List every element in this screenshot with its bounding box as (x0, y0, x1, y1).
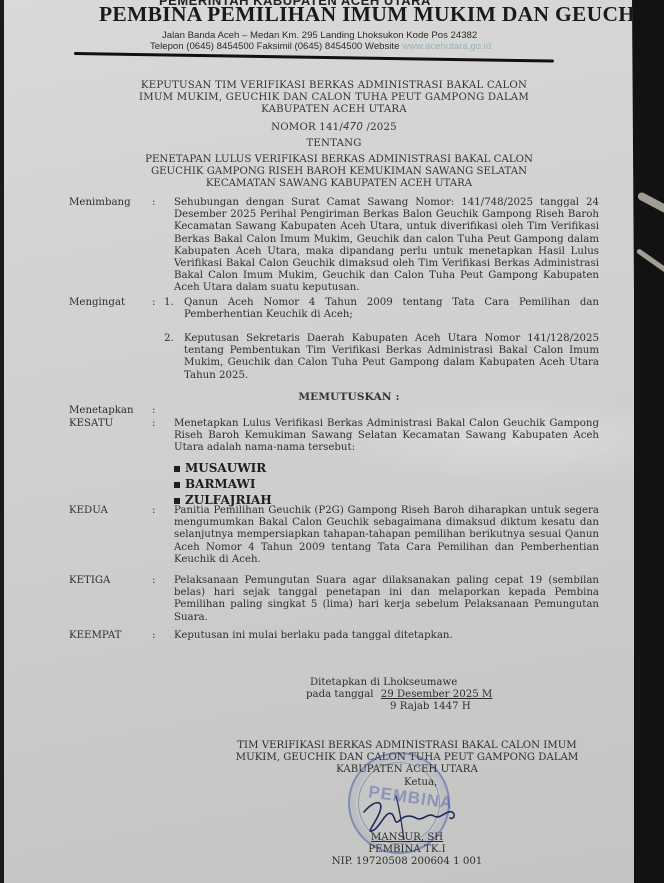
letterhead-contact: Telepon (0645) 8454500 Faksimil (0645) 8… (150, 41, 491, 52)
date-masehi: 29 Desember 2025 M (381, 689, 493, 700)
bullet-square-icon (174, 482, 180, 488)
candidate-name: BARMAWI (174, 476, 272, 492)
candidate-name-text: BARMAWI (185, 477, 256, 491)
mengingat-item-1: Qanun Aceh Nomor 4 Tahun 2009 tentang Ta… (184, 297, 599, 321)
contact-text: Telepon (0645) 8454500 Faksimil (0645) 8… (150, 41, 399, 52)
decree-subject: PENETAPAN LULUS VERIFIKASI BERKAS ADMINI… (109, 154, 569, 190)
kedua-text: Panitia Pemilihan Geuchik (P2G) Gampong … (174, 505, 599, 566)
decree-number: NOMOR 141/470 /2025 (124, 122, 544, 134)
nomor-handwritten: 470 (343, 122, 363, 133)
letterhead-title: PEMBINA PEMILIHAN IMUM MUKIM DAN GEUCHIK (99, 2, 634, 27)
nomor-prefix: NOMOR 141/ (271, 122, 343, 133)
place-label: Ditetapkan di Lhokseumawe (306, 677, 492, 689)
candidate-name-text: MUSAUWIR (185, 461, 266, 475)
colon: : (152, 505, 155, 517)
signatory-nip: NIP. 19720508 200604 1 001 (232, 856, 582, 868)
mengingat-label: Mengingat (69, 297, 125, 309)
item-number: 2. (164, 333, 174, 345)
document-paper: PEMERINTAH KABUPATEN ACEH UTARA PEMBINA … (4, 0, 634, 883)
heading-line: KEPUTUSAN TIM VERIFIKASI BERKAS ADMINIST… (124, 80, 544, 92)
colon: : (152, 405, 155, 417)
colon: : (152, 418, 155, 430)
signatory-rank: PEMBINA TK.I (232, 844, 582, 856)
subject-line: KECAMATAN SAWANG KABUPATEN ACEH UTARA (109, 178, 569, 190)
menetapkan-label: Menetapkan (69, 405, 134, 417)
colon: : (152, 575, 155, 587)
background-edge (0, 0, 4, 883)
signatory-org-line: KABUPATEN ACEH UTARA (232, 764, 582, 776)
colon: : (152, 297, 155, 309)
tentang-label: TENTANG (124, 138, 544, 150)
signatory-identity: MANSUR, SH PEMBINA TK.I NIP. 19720508 20… (232, 832, 582, 868)
candidate-name: MUSAUWIR (174, 460, 272, 476)
penetapan-block: Ditetapkan di Lhokseumawe pada tanggal 2… (306, 677, 492, 713)
signatory-name: MANSUR, SH (232, 832, 582, 844)
memutuskan-heading: MEMUTUSKAN : (139, 391, 559, 403)
mengingat-item-2: Keputusan Sekretaris Daerah Kabupaten Ac… (184, 333, 599, 382)
bullet-square-icon (174, 466, 180, 472)
date-hijri: 9 Rajab 1447 H (306, 701, 492, 713)
signatory-org-line: MUKIM, GEUCHIK DAN CALON TUHA PEUT GAMPO… (232, 752, 582, 764)
keempat-text: Keputusan ini mulai berlaku pada tanggal… (174, 630, 599, 642)
ketiga-label: KETIGA (69, 575, 110, 587)
ketiga-text: Pelaksanaan Pemungutan Suara agar dilaks… (174, 575, 599, 624)
heading-line: IMUM MUKIM, GEUCHIK DAN CALON TUHA PEUT … (124, 92, 544, 104)
nomor-suffix: /2025 (363, 122, 397, 133)
signatory-org-line: TIM VERIFIKASI BERKAS ADMINISTRASI BAKAL… (232, 740, 582, 752)
heading-line: KABUPATEN ACEH UTARA (124, 104, 544, 116)
date-label: pada tanggal (306, 689, 374, 700)
website-link[interactable]: www.acehutara.go.id (402, 41, 491, 52)
background-fiber (636, 248, 664, 273)
candidate-list: MUSAUWIR BARMAWI ZULFAJRIAH (174, 460, 272, 508)
colon: : (152, 630, 155, 642)
kesatu-text: Menetapkan Lulus Verifikasi Berkas Admin… (174, 418, 599, 455)
bullet-square-icon (174, 498, 180, 504)
letterhead-address: Jalan Banda Aceh – Medan Km. 295 Landing… (162, 30, 477, 41)
signatory-block: TIM VERIFIKASI BERKAS ADMINISTRASI BAKAL… (232, 740, 582, 776)
menimbang-text: Sehubungan dengan Surat Camat Sawang Nom… (174, 197, 599, 295)
subject-line: GEUCHIK GAMPONG RISEH BAROH KEMUKIMAN SA… (109, 166, 569, 178)
date-line: pada tanggal 29 Desember 2025 M (306, 689, 492, 701)
kesatu-label: KESATU (69, 418, 113, 430)
background-fiber (636, 191, 664, 217)
letterhead-rule (74, 52, 554, 63)
item-number: 1. (164, 297, 174, 309)
menimbang-label: Menimbang (69, 197, 131, 209)
decree-heading: KEPUTUSAN TIM VERIFIKASI BERKAS ADMINIST… (124, 80, 544, 116)
keempat-label: KEEMPAT (69, 630, 121, 642)
subject-line: PENETAPAN LULUS VERIFIKASI BERKAS ADMINI… (109, 154, 569, 166)
signatory-position: Ketua, (404, 777, 437, 789)
kedua-label: KEDUA (69, 505, 108, 517)
colon: : (152, 197, 155, 209)
